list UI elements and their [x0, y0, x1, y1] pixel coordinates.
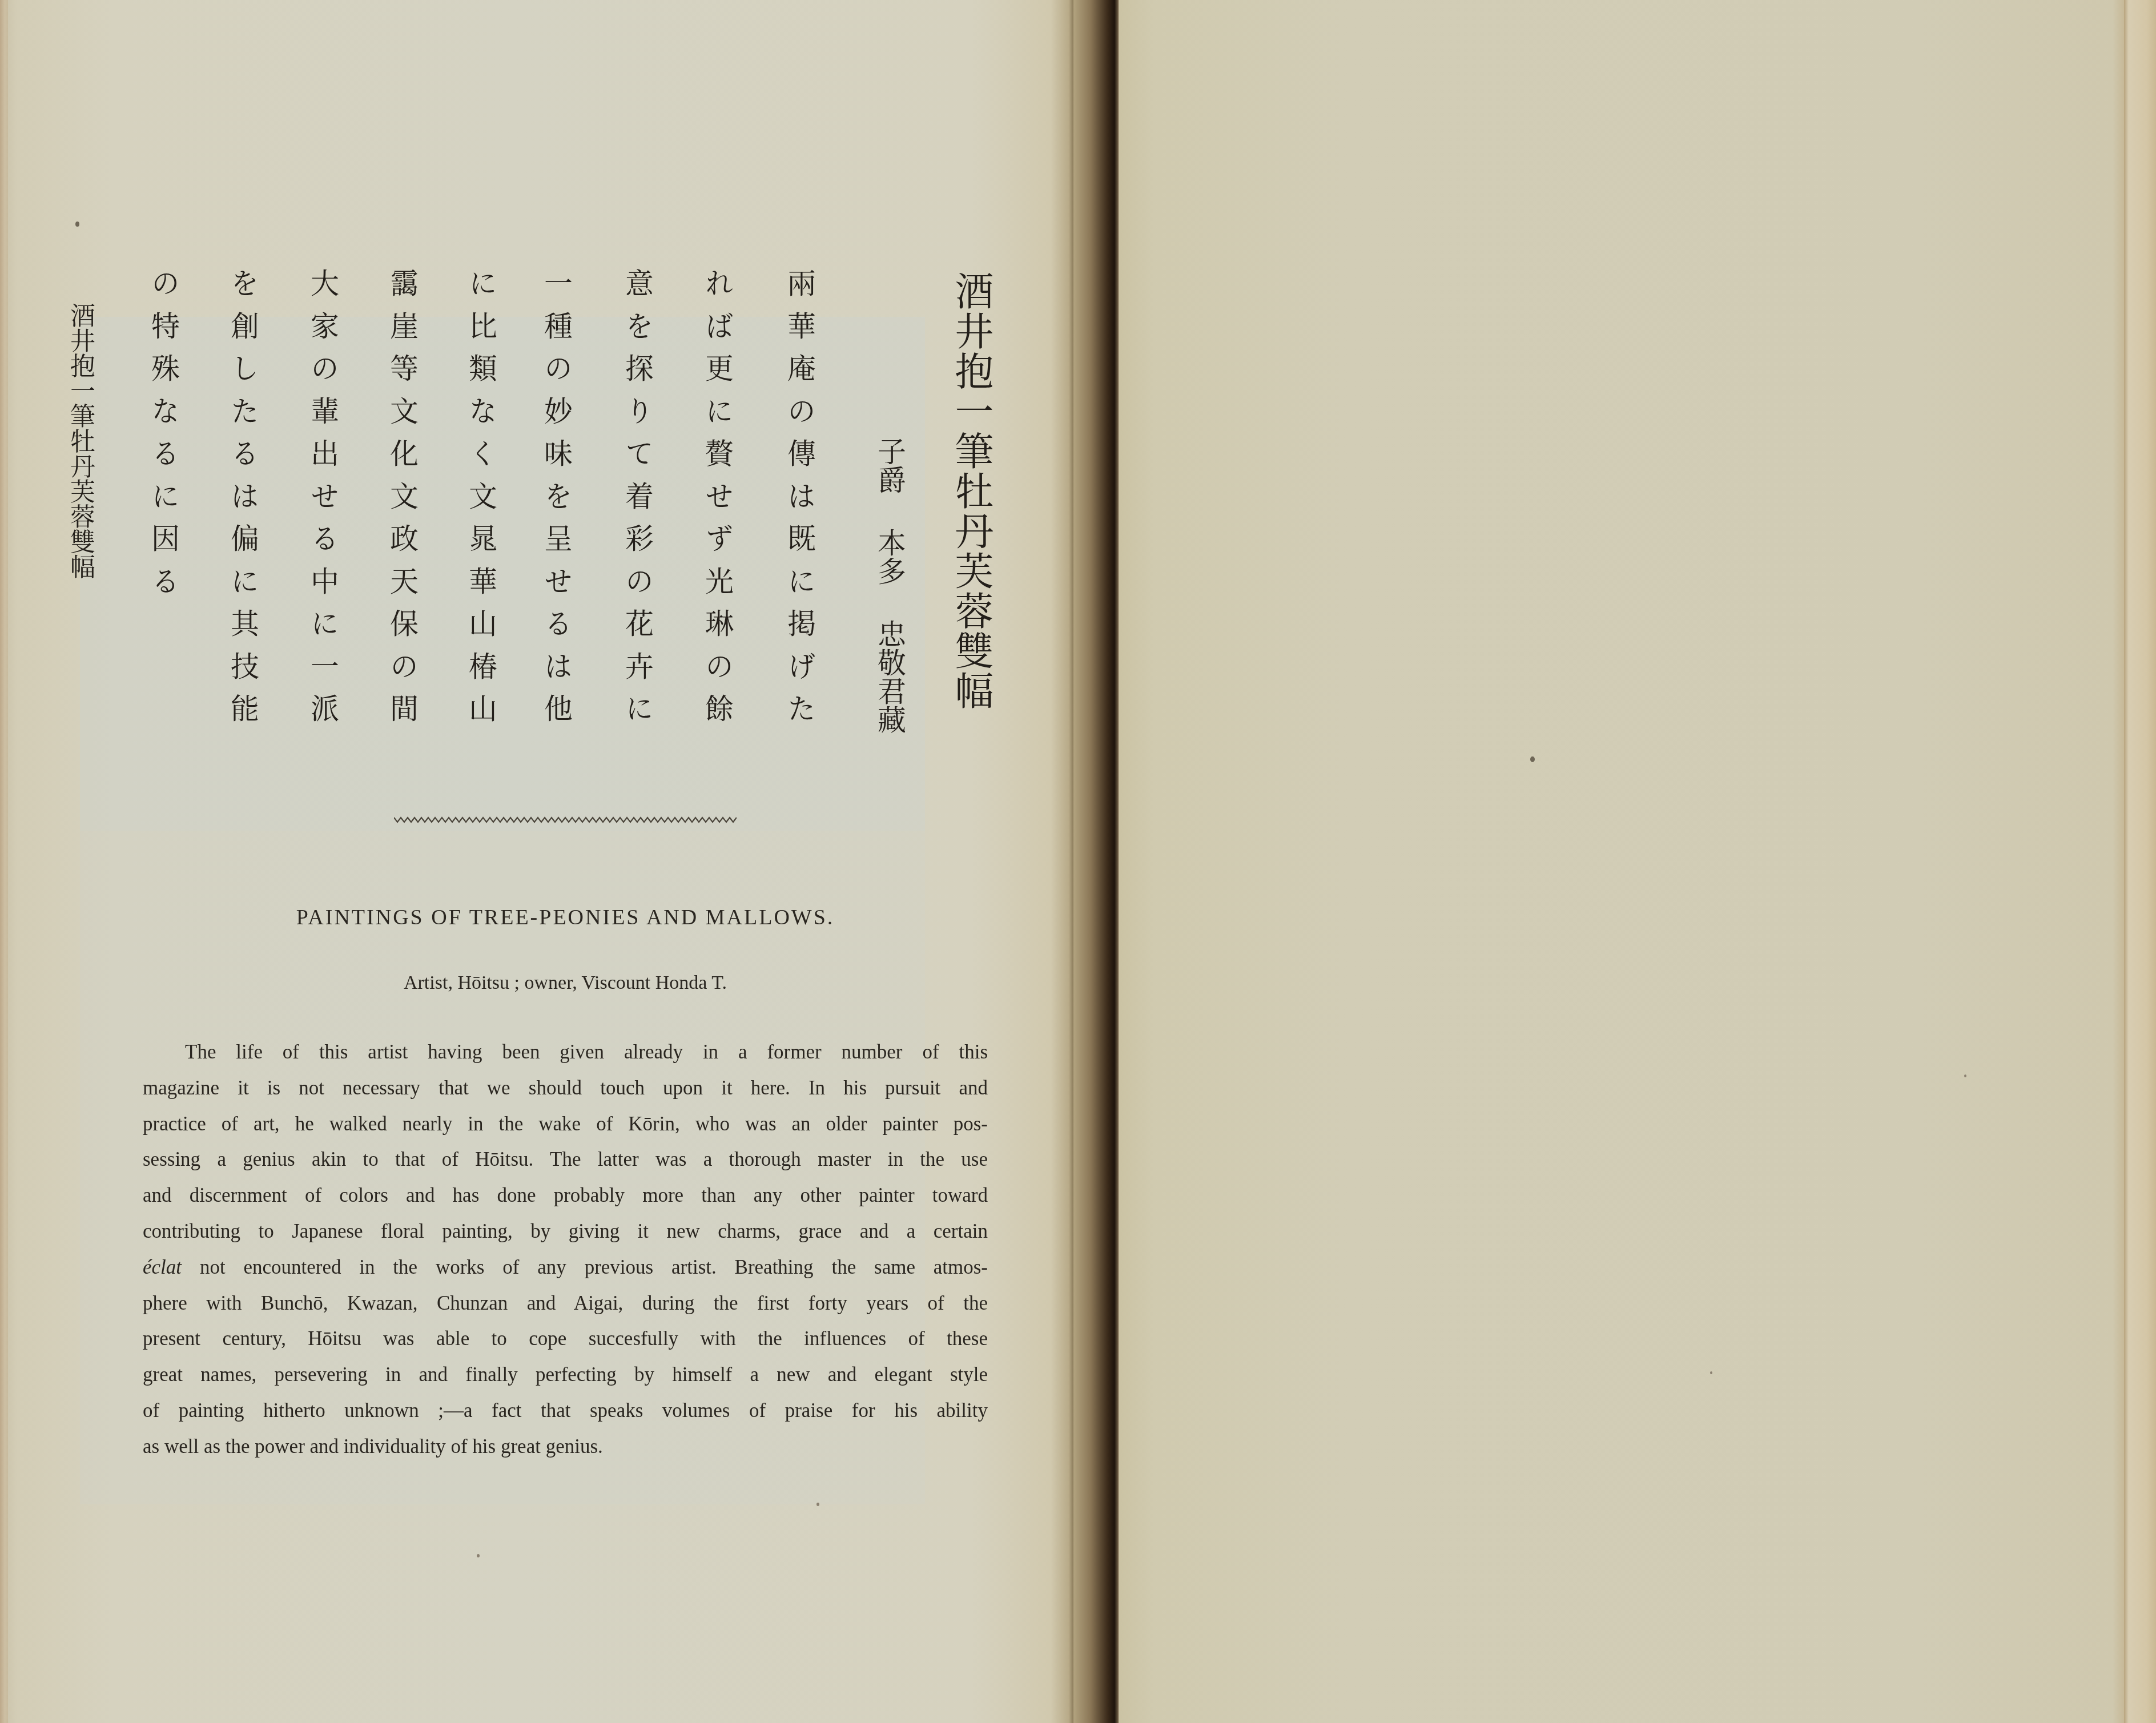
owner-family-name: 本多	[873, 528, 906, 585]
paragraph-line-rest: not encountered in the works of any prev…	[200, 1256, 988, 1278]
paragraph-line: contributing to Japanese floral painting…	[143, 1214, 988, 1250]
right-page-blank	[1119, 0, 2156, 1723]
japanese-body-column: 大家の輩出せる中に一派	[305, 268, 340, 736]
paragraph-line: practice of art, he walked nearly in the…	[143, 1106, 988, 1142]
owner-credit: 子爵本多忠敬君藏	[871, 437, 908, 734]
running-title: 酒井抱一筆牡丹芙蓉雙幅	[63, 303, 97, 579]
japanese-body-column: 意を探りて着彩の花卉に	[620, 268, 654, 736]
paper-speck	[75, 222, 79, 227]
japanese-body-column: を創したるは偏に其技能	[226, 268, 260, 736]
english-paragraph: The life of this artist having been give…	[143, 1034, 988, 1465]
japanese-body-column: に比類なく文晁華山椿山	[464, 268, 498, 736]
left-page: 酒井抱一筆牡丹芙蓉雙幅 酒井抱一筆牡丹芙蓉雙幅 子爵本多忠敬君藏 兩華庵の傳は既…	[0, 0, 1073, 1723]
english-subtitle: Artist, Hōitsu ; owner, Viscount Honda T…	[143, 972, 988, 994]
owner-rank: 子爵	[873, 437, 906, 494]
japanese-title: 酒井抱一筆牡丹芙蓉雙幅	[948, 271, 993, 711]
paragraph-line: as well as the power and individuality o…	[143, 1429, 988, 1465]
paragraph-line: present century, Hōitsu was able to cope…	[143, 1321, 988, 1357]
paper-speck	[816, 1503, 819, 1506]
book-spine-gutter	[1073, 0, 1119, 1723]
book-spread: 酒井抱一筆牡丹芙蓉雙幅 酒井抱一筆牡丹芙蓉雙幅 子爵本多忠敬君藏 兩華庵の傳は既…	[0, 0, 2156, 1723]
japanese-body-column: 一種の妙味を呈せるは他	[539, 268, 573, 736]
paragraph-line: The life of this artist having been give…	[143, 1034, 988, 1070]
owner-given-name: 忠敬君藏	[873, 619, 906, 734]
japanese-body-column: れば更に贅せず光琳の餘	[700, 268, 734, 736]
paper-speck	[1530, 756, 1535, 762]
japanese-body-column: 靄崖等文化文政天保の間	[385, 268, 419, 736]
japanese-body-column: の特殊なるに因る	[146, 268, 180, 609]
italic-word: éclat	[143, 1256, 182, 1278]
paragraph-line: and discernment of colors and has done p…	[143, 1178, 988, 1214]
paragraph-line: of painting hitherto unknown ;—a fact th…	[143, 1393, 988, 1429]
right-page-edge	[2124, 0, 2156, 1723]
paragraph-line: phere with Bunchō, Kwazan, Chunzan and A…	[143, 1286, 988, 1322]
paper-speck	[1964, 1074, 1966, 1077]
paragraph-line: great names, persevering in and finally …	[143, 1357, 988, 1393]
paper-speck	[1710, 1371, 1712, 1374]
paragraph-line: sessing a genius akin to that of Hōitsu.…	[143, 1142, 988, 1178]
paragraph-line: magazine it is not necessary that we sho…	[143, 1070, 988, 1106]
japanese-body-column: 兩華庵の傳は既に掲げた	[782, 268, 816, 736]
left-page-edge	[0, 0, 8, 1723]
paragraph-line-with-italic: éclat not encountered in the works of an…	[143, 1250, 988, 1286]
english-title: PAINTINGS OF TREE-PEONIES AND MALLOWS.	[143, 905, 988, 930]
paper-speck	[477, 1554, 480, 1557]
wavy-divider	[394, 811, 737, 828]
